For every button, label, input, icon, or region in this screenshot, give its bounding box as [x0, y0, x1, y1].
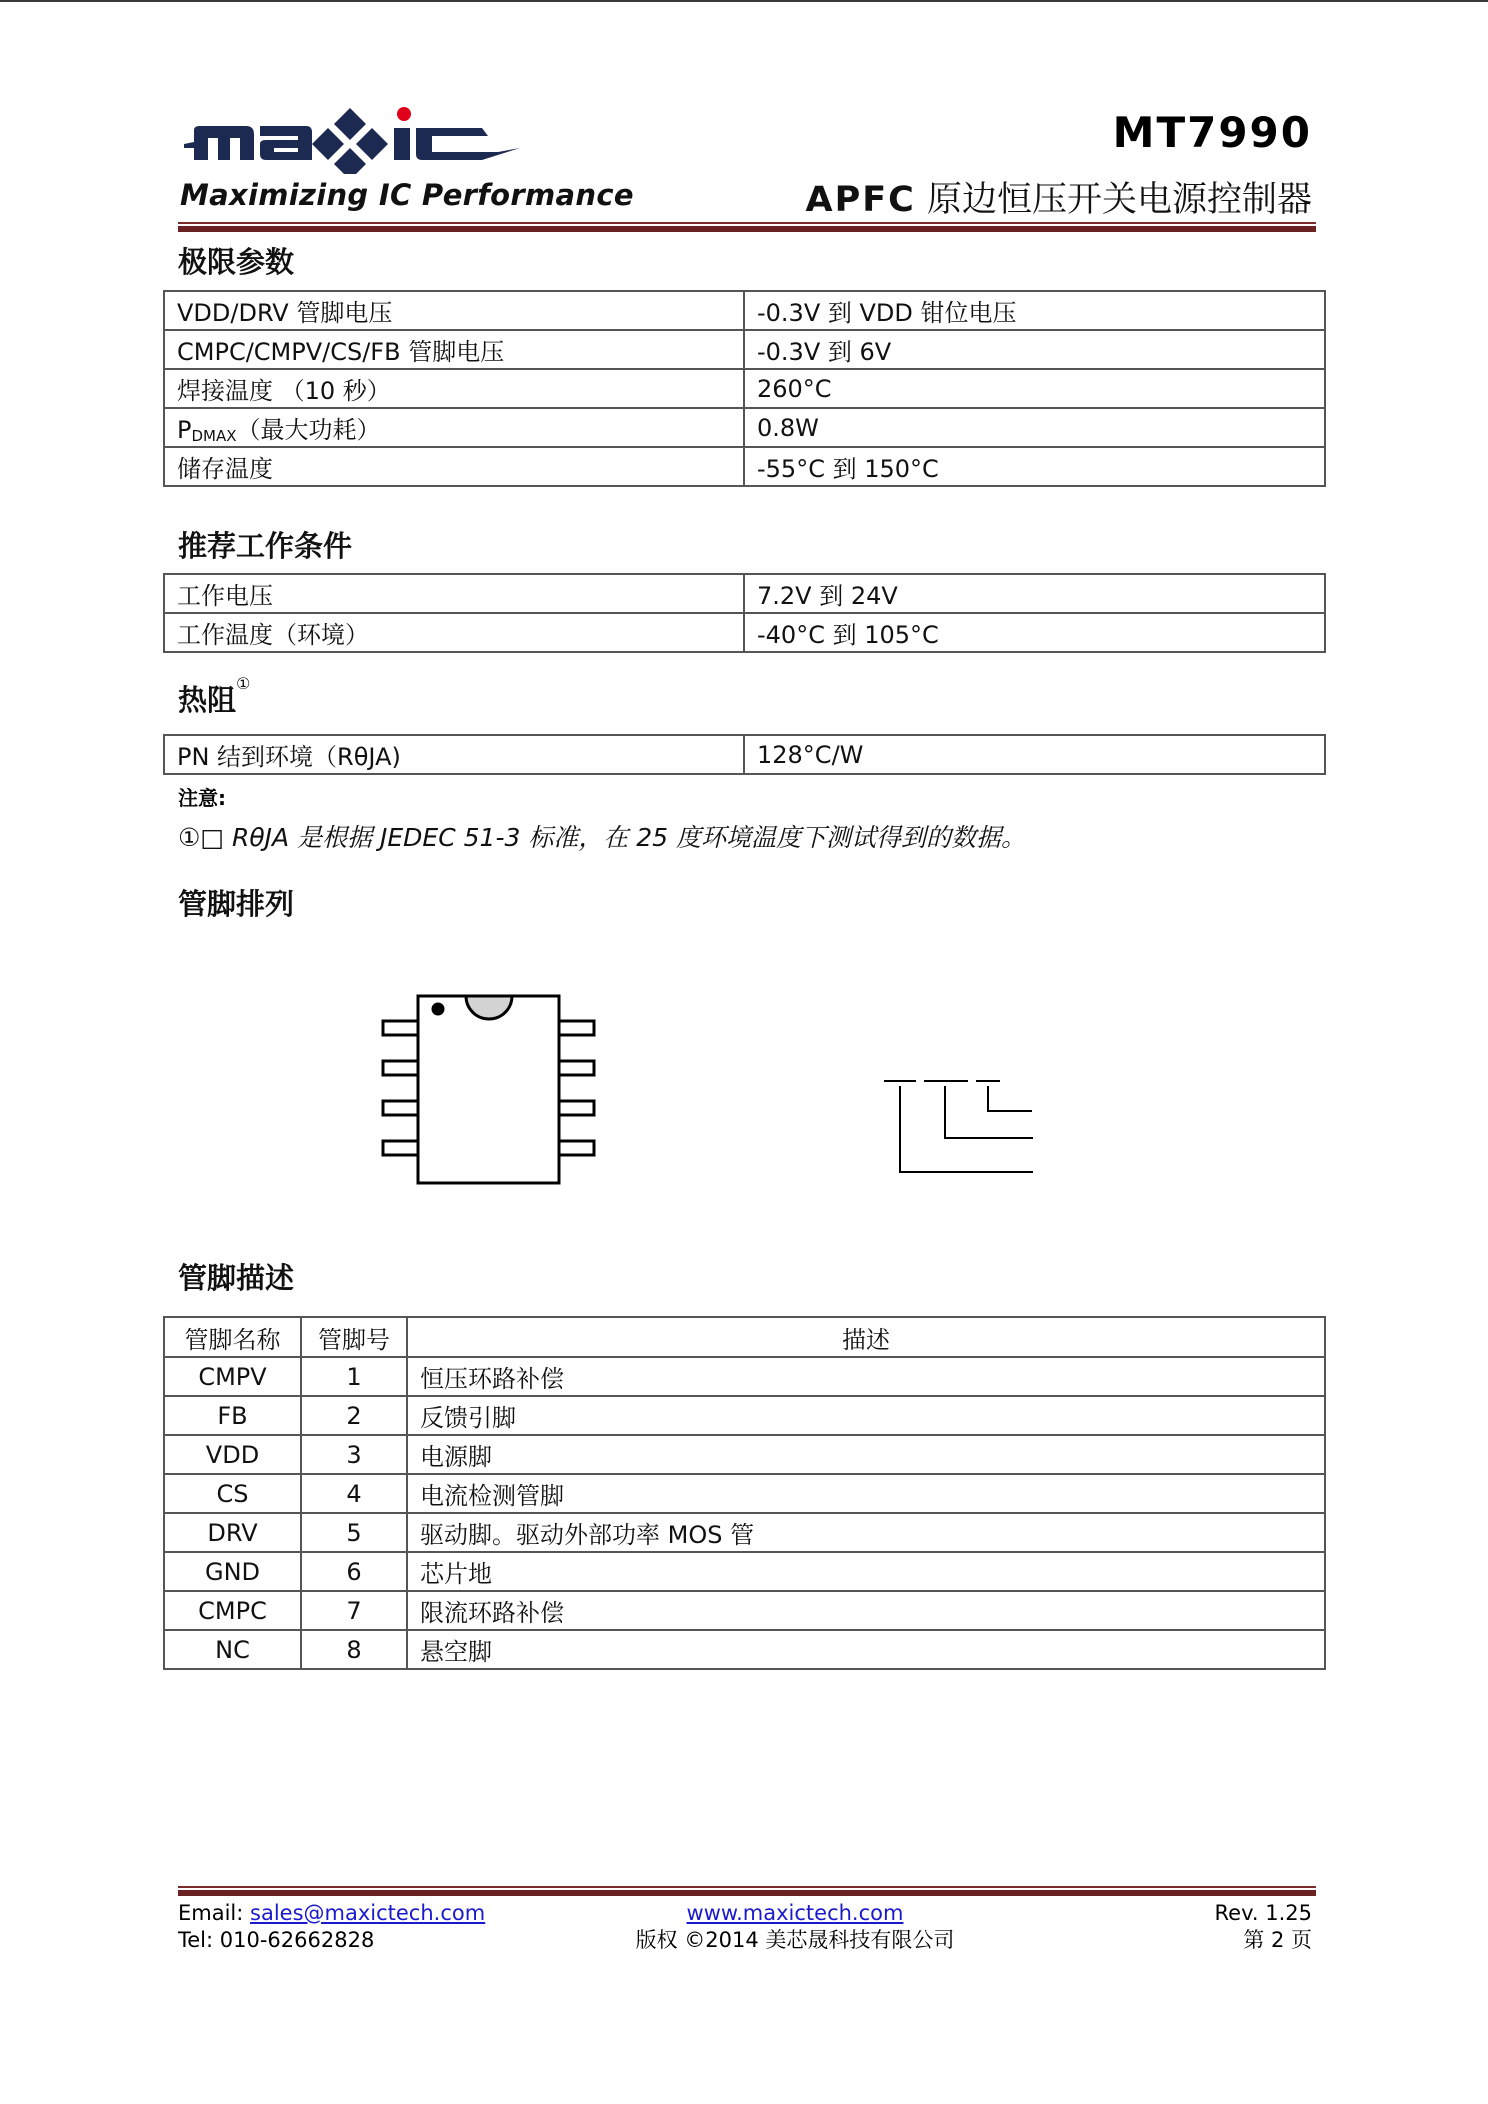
pin-name: NC	[164, 1630, 301, 1669]
pin-name: VDD	[164, 1435, 301, 1474]
footer-center: www.maxictech.com 版权 ©2014 美芯晟科技有限公司	[600, 1900, 990, 1954]
table-row: NC 8 悬空脚	[164, 1630, 1325, 1669]
marking-legend-diagram	[880, 1070, 1040, 1180]
pin-desc: 电流检测管脚	[407, 1474, 1325, 1513]
param-desc: （最大功耗）	[237, 416, 381, 444]
table-row: VDD/DRV 管脚电压 -0.3V 到 VDD 钳位电压	[164, 291, 1325, 330]
table-row: 工作温度（环境） -40°C 到 105°C	[164, 613, 1325, 652]
section-title-recommended: 推荐工作条件	[178, 524, 352, 565]
page-number: 第 2 页	[1215, 1927, 1312, 1954]
subtitle-rest: 原边恒压开关电源控制器	[927, 180, 1312, 220]
revision-text: Rev. 1.25	[1215, 1900, 1312, 1927]
footer-right: Rev. 1.25 第 2 页	[1215, 1900, 1312, 1954]
table-row: 工作电压 7.2V 到 24V	[164, 574, 1325, 613]
footnote-text: ①□ RθJA 是根据 JEDEC 51-3 标准，在 25 度环境温度下测试得…	[178, 818, 1026, 854]
copyright-text: 版权 ©2014 美芯晟科技有限公司	[600, 1927, 990, 1954]
param-cell: 焊接温度 （10 秒）	[164, 369, 744, 408]
value-cell: 0.8W	[744, 408, 1325, 447]
thermal-title-text: 热阻	[178, 683, 236, 717]
value-cell: -0.3V 到 6V	[744, 330, 1325, 369]
note-label: 注意:	[178, 782, 226, 811]
param-cell: PDMAX（最大功耗）	[164, 408, 744, 447]
section-title-pin-description: 管脚描述	[178, 1256, 294, 1297]
pin-number: 7	[301, 1591, 407, 1630]
absolute-max-table: VDD/DRV 管脚电压 -0.3V 到 VDD 钳位电压 CMPC/CMPV/…	[163, 290, 1326, 487]
param-symbol: P	[177, 416, 191, 444]
pin-name: GND	[164, 1552, 301, 1591]
table-row: CMPV 1 恒压环路补偿	[164, 1357, 1325, 1396]
pin-number: 4	[301, 1474, 407, 1513]
column-header-description: 描述	[407, 1317, 1325, 1357]
table-header-row: 管脚名称 管脚号 描述	[164, 1317, 1325, 1357]
section-title-absolute-max: 极限参数	[178, 240, 294, 281]
phone-number: Tel: 010-62662828	[178, 1927, 485, 1954]
pin-description-table: 管脚名称 管脚号 描述 CMPV 1 恒压环路补偿 FB 2 反馈引脚 VDD …	[163, 1316, 1326, 1670]
pin-number: 5	[301, 1513, 407, 1552]
subtitle-bold: APFC	[806, 180, 916, 220]
param-cell: VDD/DRV 管脚电压	[164, 291, 744, 330]
email-line: Email: sales@maxictech.com	[178, 1900, 485, 1927]
email-label: Email:	[178, 1901, 250, 1925]
pin-desc: 限流环路补偿	[407, 1591, 1325, 1630]
pin-name: CMPC	[164, 1591, 301, 1630]
param-cell: 工作电压	[164, 574, 744, 613]
pin-number: 2	[301, 1396, 407, 1435]
document-subtitle: APFC 原边恒压开关电源控制器	[806, 172, 1313, 222]
pin-desc: 芯片地	[407, 1552, 1325, 1591]
table-row: CMPC 7 限流环路补偿	[164, 1591, 1325, 1630]
pin-name: CS	[164, 1474, 301, 1513]
section-title-thermal: 热阻①	[178, 678, 250, 719]
table-row: DRV 5 驱动脚。驱动外部功率 MOS 管	[164, 1513, 1325, 1552]
table-row: PN 结到环境（RθJA) 128°C/W	[164, 735, 1325, 774]
recommended-table: 工作电压 7.2V 到 24V 工作温度（环境） -40°C 到 105°C	[163, 573, 1326, 653]
table-row: VDD 3 电源脚	[164, 1435, 1325, 1474]
header-divider	[178, 222, 1316, 232]
table-row: CMPC/CMPV/CS/FB 管脚电压 -0.3V 到 6V	[164, 330, 1325, 369]
pin-number: 3	[301, 1435, 407, 1474]
pin-desc: 悬空脚	[407, 1630, 1325, 1669]
section-title-pinout: 管脚排列	[178, 882, 294, 923]
pin-desc: 驱动脚。驱动外部功率 MOS 管	[407, 1513, 1325, 1552]
pin-name: CMPV	[164, 1357, 301, 1396]
column-header-pin-name: 管脚名称	[164, 1317, 301, 1357]
pin-desc: 反馈引脚	[407, 1396, 1325, 1435]
email-link[interactable]: sales@maxictech.com	[250, 1901, 485, 1925]
pin-desc: 恒压环路补偿	[407, 1357, 1325, 1396]
website-link[interactable]: www.maxictech.com	[687, 1901, 904, 1925]
table-row: GND 6 芯片地	[164, 1552, 1325, 1591]
param-cell: 储存温度	[164, 447, 744, 486]
column-header-pin-number: 管脚号	[301, 1317, 407, 1357]
pin-desc: 电源脚	[407, 1435, 1325, 1474]
value-cell: -40°C 到 105°C	[744, 613, 1325, 652]
pin-name: FB	[164, 1396, 301, 1435]
param-cell: CMPC/CMPV/CS/FB 管脚电压	[164, 330, 744, 369]
table-row: 储存温度 -55°C 到 150°C	[164, 447, 1325, 486]
table-row: CS 4 电流检测管脚	[164, 1474, 1325, 1513]
table-row: PDMAX（最大功耗） 0.8W	[164, 408, 1325, 447]
table-row: 焊接温度 （10 秒） 260°C	[164, 369, 1325, 408]
param-cell: 工作温度（环境）	[164, 613, 744, 652]
company-tagline: Maximizing IC Performance	[180, 178, 634, 212]
param-cell: PN 结到环境（RθJA)	[164, 735, 744, 774]
footer-contact: Email: sales@maxictech.com Tel: 010-6266…	[178, 1900, 485, 1954]
pin-name: DRV	[164, 1513, 301, 1552]
footer-divider	[178, 1886, 1316, 1896]
value-cell: 7.2V 到 24V	[744, 574, 1325, 613]
footnote-marker: ①	[236, 674, 250, 693]
pin-number: 8	[301, 1630, 407, 1669]
value-cell: -55°C 到 150°C	[744, 447, 1325, 486]
pin-number: 1	[301, 1357, 407, 1396]
thermal-table: PN 结到环境（RθJA) 128°C/W	[163, 734, 1326, 775]
value-cell: -0.3V 到 VDD 钳位电压	[744, 291, 1325, 330]
value-cell: 128°C/W	[744, 735, 1325, 774]
pin-number: 6	[301, 1552, 407, 1591]
maxic-logo	[182, 106, 522, 174]
page-top-border	[0, 0, 1488, 2]
table-row: FB 2 反馈引脚	[164, 1396, 1325, 1435]
part-number: MT7990	[1113, 108, 1312, 157]
value-cell: 260°C	[744, 369, 1325, 408]
soic8-package-diagram	[380, 990, 600, 1190]
param-subscript: DMAX	[191, 427, 236, 445]
